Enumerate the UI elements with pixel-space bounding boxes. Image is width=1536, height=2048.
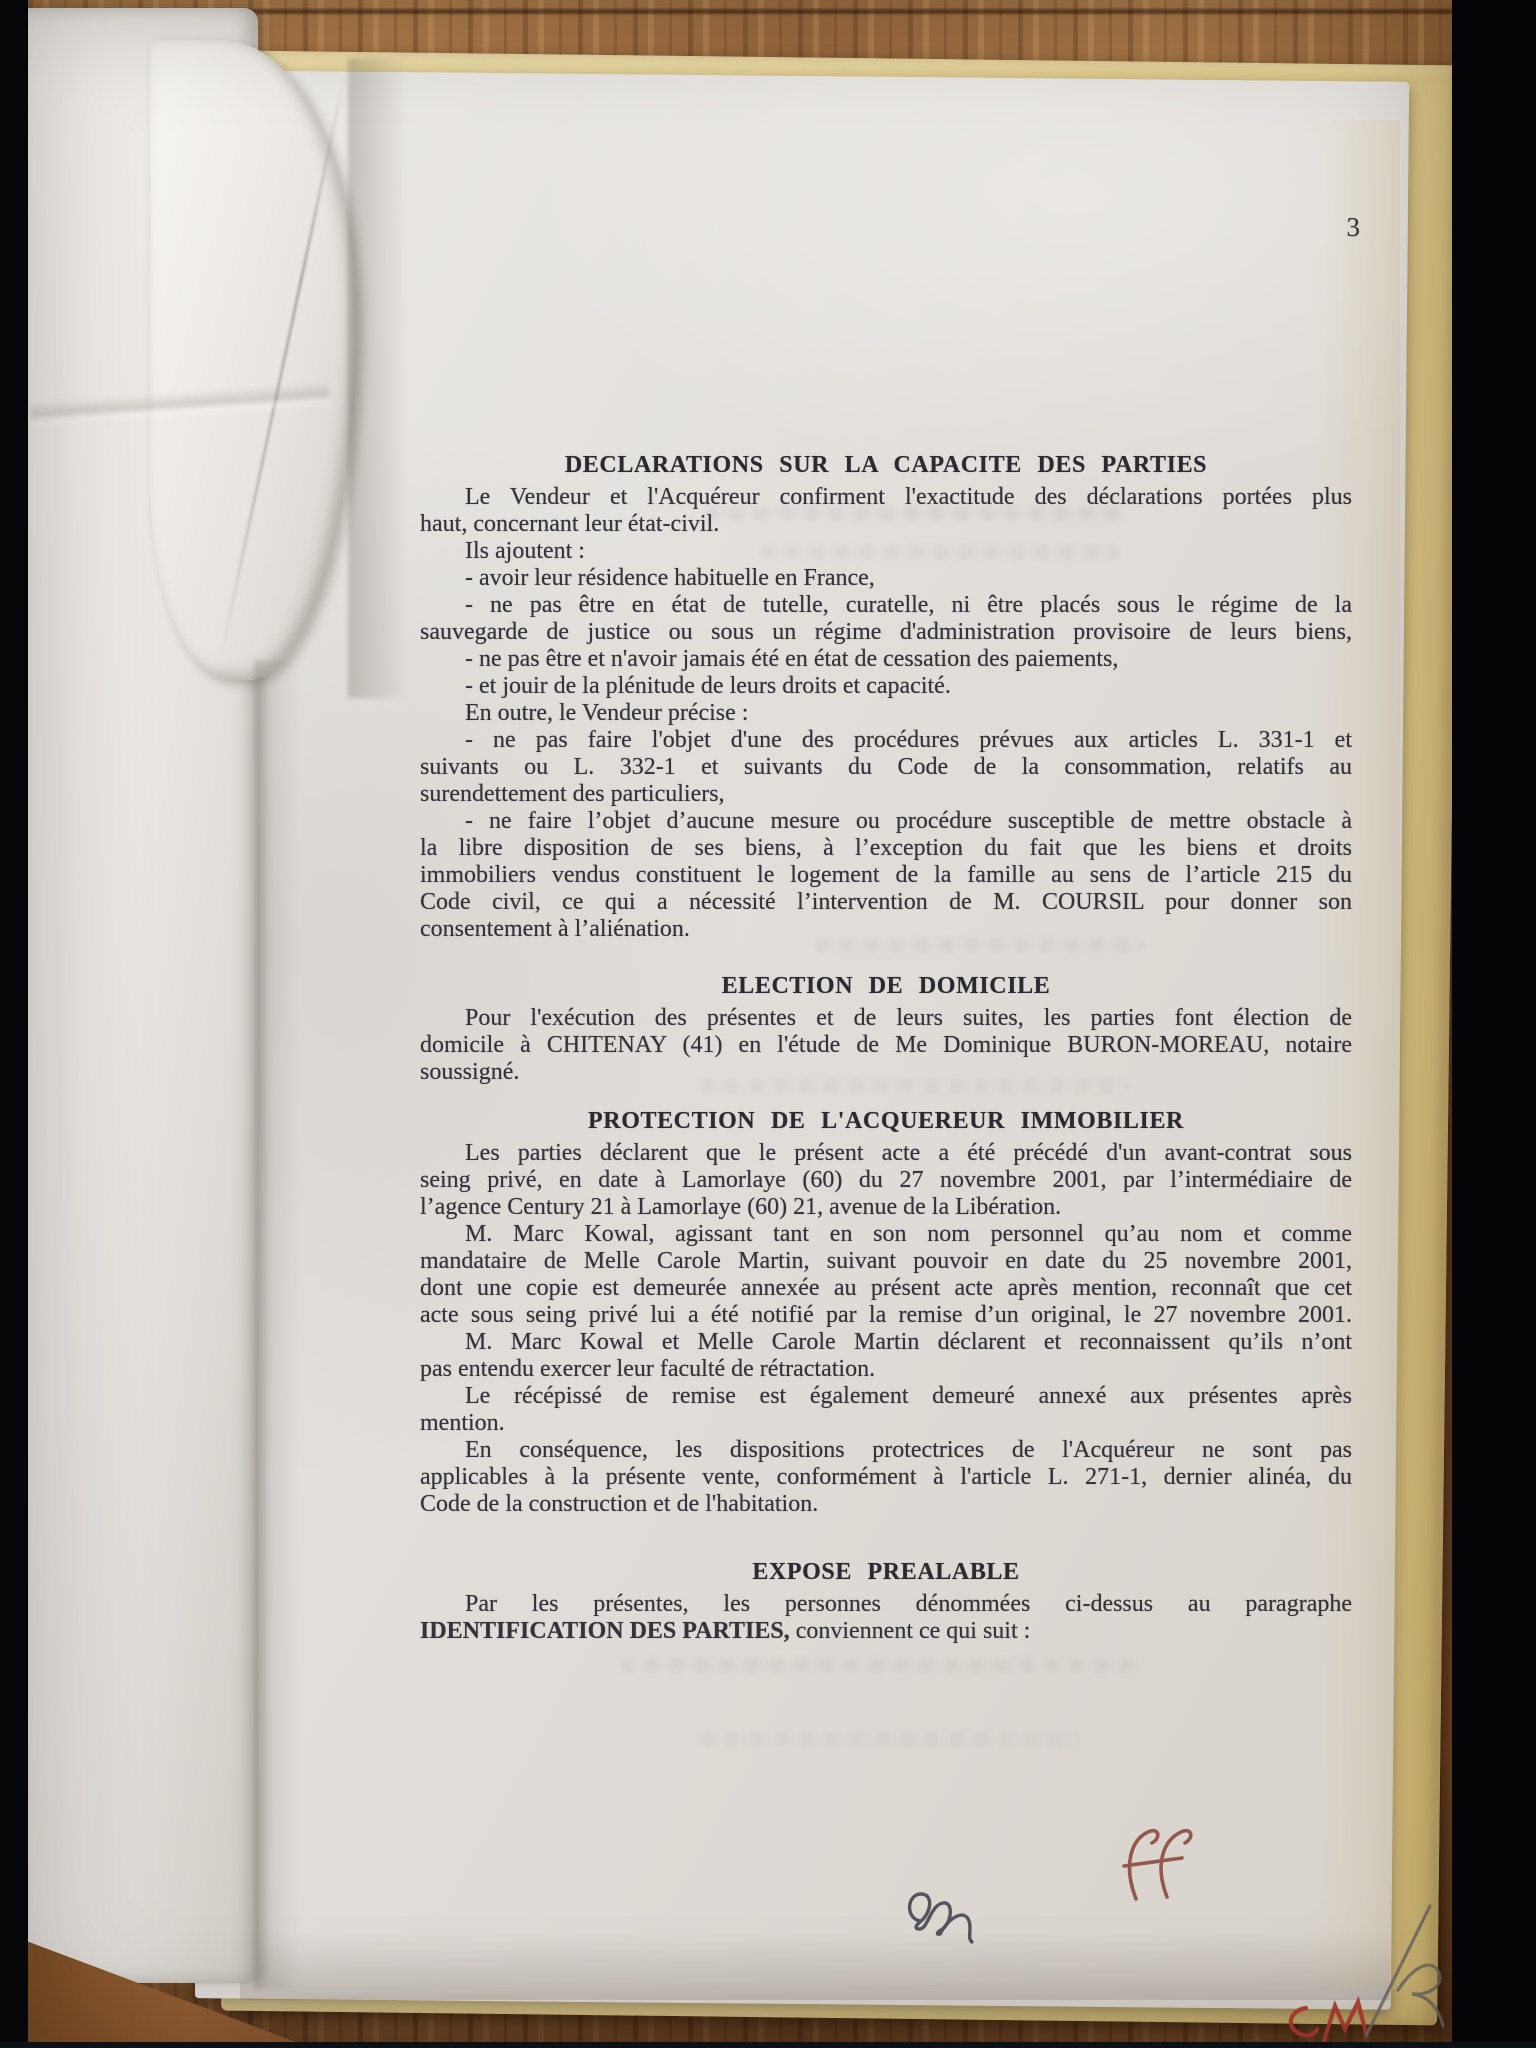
text-line: sauvegarde de justice ou sous un régime … bbox=[420, 619, 1352, 646]
text-line: la libre disposition de ses biens, à l’e… bbox=[420, 835, 1352, 862]
text-line: dont une copie est demeurée annexée au p… bbox=[420, 1275, 1352, 1302]
text-line: En conséquence, les dispositions protect… bbox=[420, 1437, 1352, 1464]
text-line: M. Marc Kowal, agissant tant en son nom … bbox=[420, 1221, 1352, 1248]
plain-text: conviennent ce qui suit : bbox=[790, 1618, 1031, 1644]
section-heading: DECLARATIONS SUR LA CAPACITE DES PARTIES bbox=[420, 452, 1352, 479]
text-line: mention. bbox=[420, 1410, 1352, 1437]
ink-bleedthrough bbox=[620, 1658, 1140, 1673]
frame-bar-left bbox=[0, 0, 28, 2048]
frame-bar-bottom bbox=[0, 2042, 1536, 2048]
text-line: acte sous seing privé lui a été notifié … bbox=[420, 1302, 1352, 1329]
text-line: suivants ou L. 332-1 et suivants du Code… bbox=[420, 754, 1352, 781]
section-heading: PROTECTION DE L'ACQUEREUR IMMOBILIER bbox=[420, 1108, 1352, 1135]
text-line: surendettement des particuliers, bbox=[420, 781, 1352, 808]
text-line: - avoir leur résidence habituelle en Fra… bbox=[420, 565, 1352, 592]
ink-bleedthrough bbox=[700, 1732, 1080, 1747]
text-line: immobiliers vendus constituent le logeme… bbox=[420, 862, 1352, 889]
text-line: Code civil, ce qui a nécessité l’interve… bbox=[420, 889, 1352, 916]
text-line: M. Marc Kowal et Melle Carole Martin déc… bbox=[420, 1329, 1352, 1356]
curl-shadow-lower bbox=[254, 660, 300, 1990]
text-line: pas entendu exercer leur faculté de rétr… bbox=[420, 1356, 1352, 1383]
text-line: En outre, le Vendeur précise : bbox=[420, 700, 1352, 727]
text-line: Le Vendeur et l'Acquéreur confirment l'e… bbox=[420, 484, 1352, 511]
text-line: domicile à CHITENAY (41) en l'étude de M… bbox=[420, 1032, 1352, 1059]
photo-scene: 3 DECLARATIONS SUR LA CAPACITE DES PARTI… bbox=[0, 0, 1536, 2048]
section-heading: EXPOSE PREALABLE bbox=[420, 1559, 1352, 1586]
text-line: soussigné. bbox=[420, 1059, 1352, 1086]
text-line: - et jouir de la plénitude de leurs droi… bbox=[420, 673, 1352, 700]
text-line: l’agence Century 21 à Lamorlaye (60) 21,… bbox=[420, 1194, 1352, 1221]
text-line: seing privé, en date à Lamorlaye (60) du… bbox=[420, 1167, 1352, 1194]
text-line: - ne pas être en état de tutelle, curate… bbox=[420, 592, 1352, 619]
text-line: Pour l'exécution des présentes et de leu… bbox=[420, 1005, 1352, 1032]
text-line: Le récépissé de remise est également dem… bbox=[420, 1383, 1352, 1410]
curl-shadow-upper bbox=[348, 58, 406, 698]
text-line: - ne pas être et n'avoir jamais été en é… bbox=[420, 646, 1352, 673]
frame-bar-right bbox=[1452, 0, 1536, 2048]
text-line: Les parties déclarent que le présent act… bbox=[420, 1140, 1352, 1167]
section-heading: ELECTION DE DOMICILE bbox=[420, 973, 1352, 1000]
text-line: mandataire de Melle Carole Martin, suiva… bbox=[420, 1248, 1352, 1275]
text-line: - ne pas faire l'objet d'une des procédu… bbox=[420, 727, 1352, 754]
page-bottom-shadow bbox=[240, 1930, 1390, 2000]
text-line: haut, concernant leur état-civil. bbox=[420, 511, 1352, 538]
text-line: Ils ajoutent : bbox=[420, 538, 1352, 565]
text-line: consentement à l’aliénation. bbox=[420, 916, 1352, 943]
bold-text: IDENTIFICATION DES PARTIES, bbox=[420, 1618, 790, 1644]
text-line: applicables à la présente vente, conform… bbox=[420, 1464, 1352, 1491]
text-line: Code de la construction et de l'habitati… bbox=[420, 1491, 1352, 1518]
page-number: 3 bbox=[1290, 212, 1360, 243]
text-line: Par les présentes, les personnes dénommé… bbox=[420, 1591, 1352, 1618]
text-line: - ne faire l’objet d’aucune mesure ou pr… bbox=[420, 808, 1352, 835]
document-text: DECLARATIONS SUR LA CAPACITE DES PARTIES… bbox=[420, 452, 1352, 1645]
text-line: IDENTIFICATION DES PARTIES, conviennent … bbox=[420, 1618, 1352, 1645]
